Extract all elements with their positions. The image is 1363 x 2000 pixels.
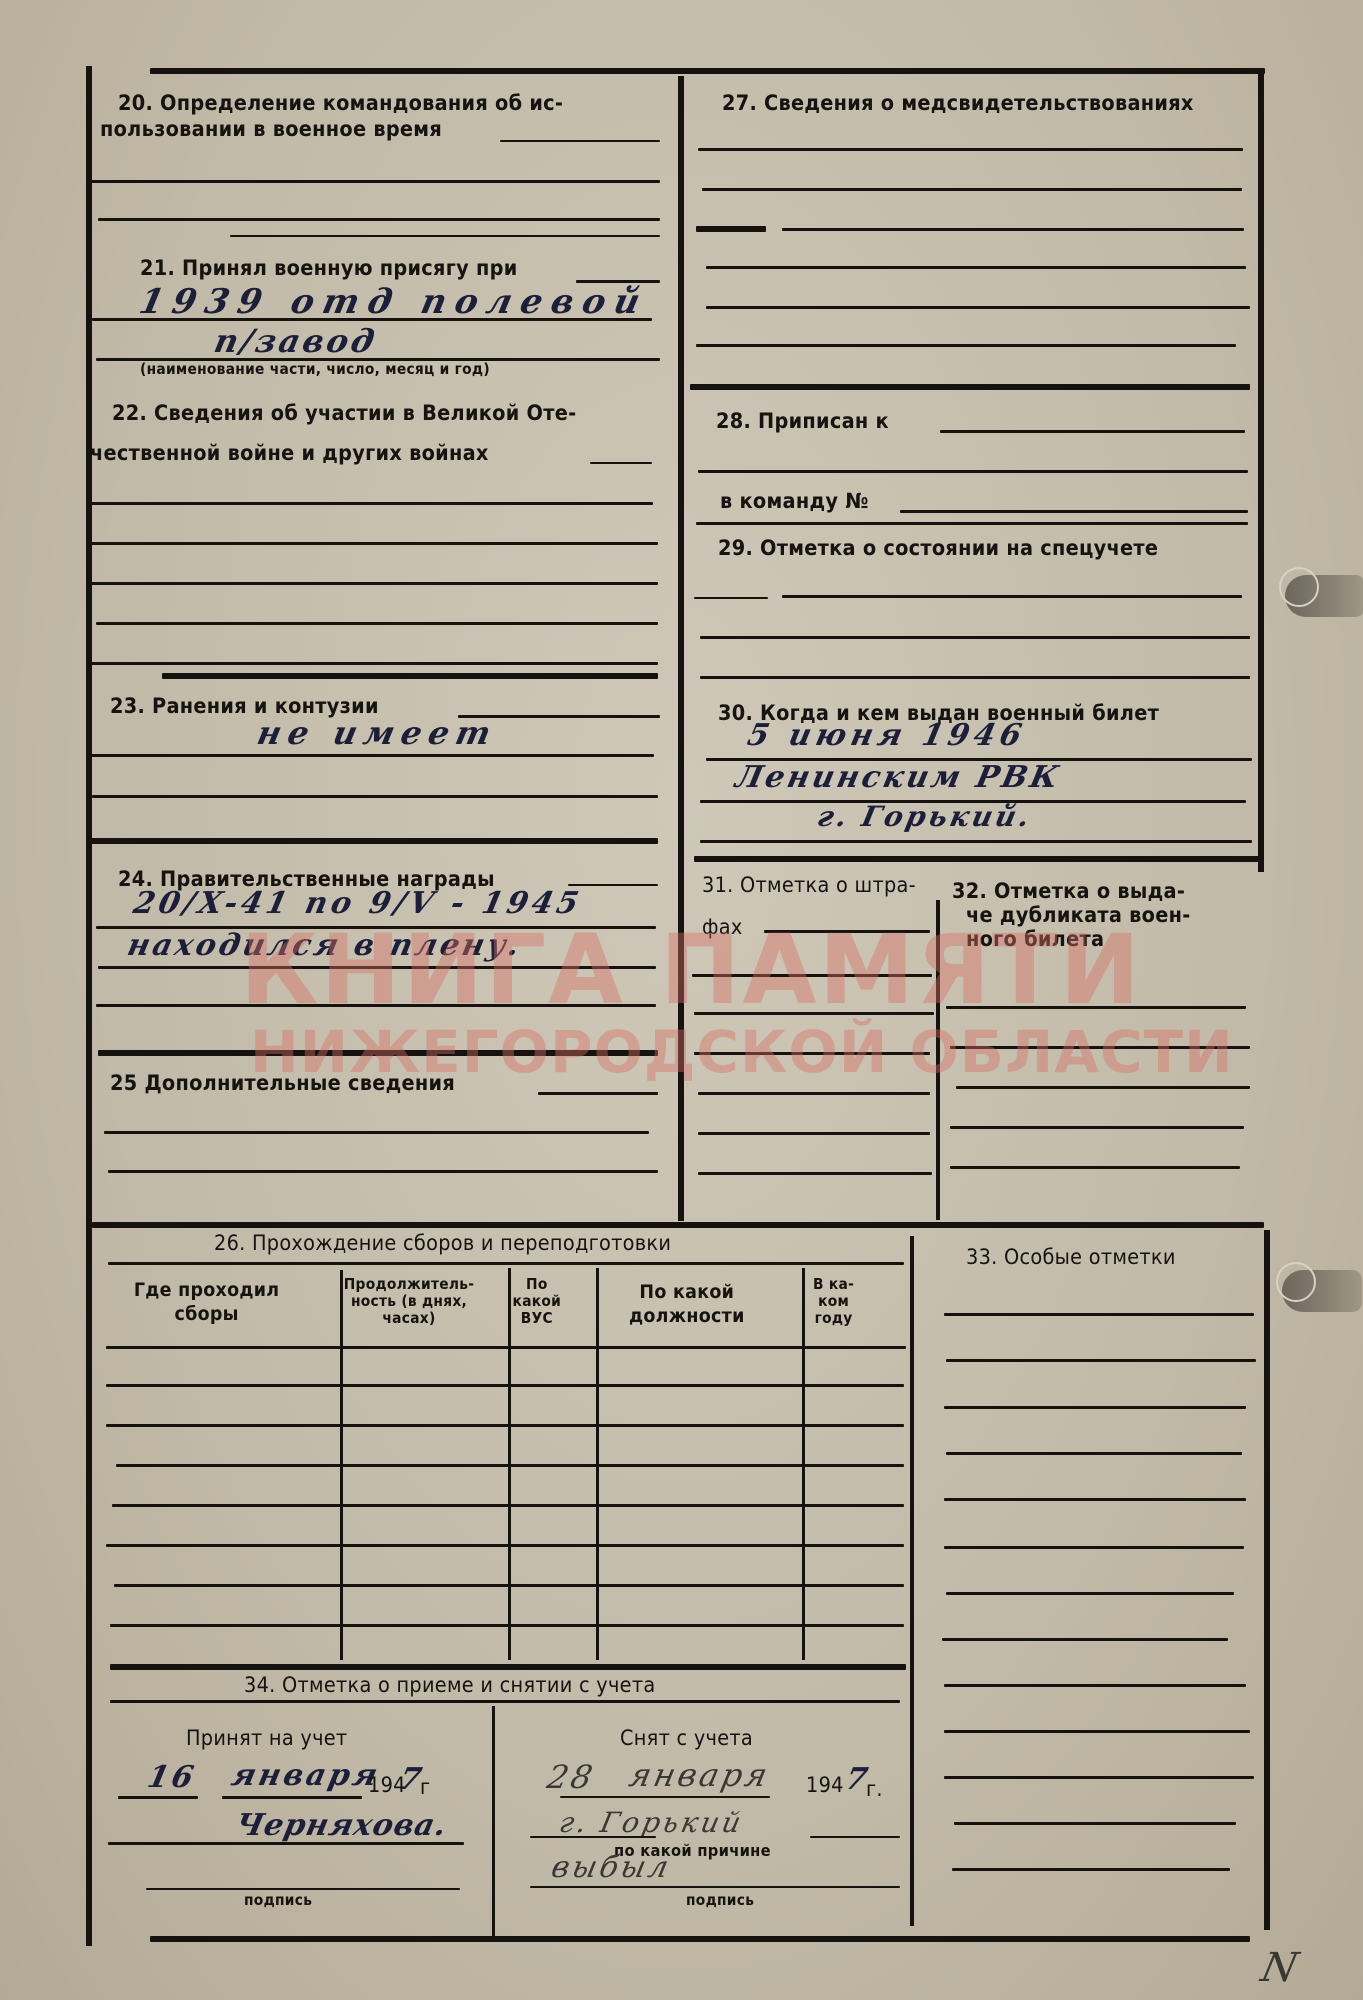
section-21-handwritten-value-line2: п/завод (211, 322, 381, 360)
section-31-input-line[interactable] (694, 1012, 934, 1015)
section-29-input-line[interactable] (700, 676, 1250, 679)
section-26-title: 26. Прохождение сборов и переподготовки (214, 1230, 671, 1256)
accepted-signature-line[interactable] (108, 1842, 464, 1845)
section-32-label-line1: 32. Отметка о выда- (952, 878, 1185, 904)
section-20-input-line[interactable] (500, 140, 660, 142)
section-29-input-line[interactable] (700, 636, 1250, 639)
section-28-label: 28. Приписан к (716, 408, 889, 434)
section-33-input-line[interactable] (944, 1684, 1246, 1687)
section-28-input-line[interactable] (698, 470, 1248, 473)
section-30-input-line[interactable] (700, 840, 1252, 843)
removed-reason: выбыл (548, 1850, 674, 1885)
section-34-title: 34. Отметка о приеме и снятии с учета (244, 1672, 655, 1698)
section-23-input-line[interactable] (92, 795, 658, 798)
frame-right-border-top (1258, 72, 1264, 872)
section-32-input-line[interactable] (946, 1006, 1246, 1009)
table-col-header-vus: По какой ВУС (512, 1276, 562, 1327)
section-26-33-divider (910, 1236, 914, 1926)
section-33-input-line[interactable] (944, 1406, 1246, 1409)
section-20-input-line[interactable] (98, 218, 660, 221)
section-31-input-line[interactable] (698, 1092, 930, 1095)
table-header-bottom-line (106, 1346, 906, 1349)
section-27-input-line[interactable] (782, 228, 1244, 231)
removed-year-prefix: 194 (806, 1772, 844, 1798)
section-34-divider (492, 1706, 495, 1936)
table-col-header-place: Где проходил сборы (110, 1278, 303, 1326)
section-29-input-line[interactable] (694, 597, 768, 599)
section-33-label: 33. Особые отметки (966, 1244, 1176, 1270)
section-30-handwritten-date: 5 июня 1946 (744, 718, 1029, 753)
section-22-input-line[interactable] (88, 582, 658, 585)
frame-bottom-border (150, 1936, 1250, 1942)
section-22-input-line[interactable] (590, 462, 652, 464)
section-27-input-line[interactable] (696, 226, 766, 232)
removed-year-unit: г. (866, 1776, 883, 1802)
table-header-top-line (108, 1262, 904, 1265)
section-divider (88, 838, 658, 844)
section-23-handwritten-value: не имеет (254, 714, 501, 752)
section-33-input-line[interactable] (944, 1776, 1254, 1779)
section-23-input-line[interactable] (86, 754, 654, 757)
section-33-input-line[interactable] (954, 1822, 1236, 1825)
section-31-label-line2: фах (702, 914, 743, 940)
section-22-input-line[interactable] (86, 542, 658, 545)
table-row-line[interactable] (116, 1464, 904, 1467)
accepted-sign-line[interactable] (146, 1888, 460, 1890)
section-divider (98, 1050, 658, 1056)
section-28-input-line[interactable] (940, 430, 1245, 433)
section-divider (694, 856, 1264, 862)
section-21-caption: (наименование части, число, месяц и год) (140, 361, 490, 378)
accepted-year-unit: г (420, 1774, 430, 1800)
frame-left-border (86, 66, 92, 1946)
accepted-month: января (228, 1758, 383, 1793)
section-30-handwritten-city: г. Горький. (814, 800, 1035, 833)
removed-place: г. Горький (556, 1806, 746, 1839)
section-22-input-line[interactable] (88, 502, 653, 505)
column-divider (678, 76, 684, 1221)
section-33-input-line[interactable] (942, 1638, 1228, 1641)
section-30-handwritten-issuer: Ленинским РВК (732, 760, 1064, 795)
section-21-input-line[interactable] (92, 318, 652, 321)
section-33-input-line[interactable] (946, 1359, 1256, 1362)
section-22-input-line[interactable] (88, 662, 658, 665)
accepted-label: Принят на учет (186, 1725, 347, 1751)
section-divider (230, 235, 660, 237)
section-27-input-line[interactable] (706, 266, 1246, 269)
removed-place-line[interactable] (530, 1836, 656, 1838)
section-25-input-line[interactable] (108, 1170, 658, 1173)
frame-right-border-bottom (1264, 1230, 1270, 1930)
section-29-label: 29. Отметка о состоянии на спецучете (718, 535, 1158, 561)
section-28-team-label: в команду № (720, 488, 869, 514)
section-divider (162, 673, 658, 679)
section-31-input-line[interactable] (694, 1052, 930, 1055)
section-27-input-line[interactable] (696, 344, 1236, 347)
section-32-label-line3: ного билета (966, 926, 1104, 952)
section-22-label-line1: 22. Сведения об участии в Великой Оте- (112, 400, 576, 426)
section-33-input-line[interactable] (944, 1313, 1254, 1316)
section-22-input-line[interactable] (96, 622, 658, 625)
section-27-input-line[interactable] (698, 148, 1243, 151)
section-24-handwritten-value-line2: находился в плену. (124, 928, 525, 963)
section-31-input-line[interactable] (698, 1172, 932, 1175)
section-31-input-line[interactable] (692, 974, 932, 977)
table-col-header-duration: Продолжитель-ность (в днях, часах) (340, 1276, 478, 1327)
section-33-input-line[interactable] (946, 1592, 1234, 1595)
table-col-header-position: По какой должности (604, 1280, 770, 1328)
section-24-input-line[interactable] (98, 966, 656, 969)
section-24-input-line[interactable] (96, 1004, 656, 1007)
accepted-day: 16 (144, 1760, 199, 1795)
section-34-title-underline (110, 1700, 900, 1703)
section-32-label-line2: че дубликата воен- (966, 902, 1191, 928)
section-divider (690, 384, 1250, 390)
removed-sign-line[interactable] (530, 1886, 900, 1888)
frame-top-border (150, 68, 1265, 74)
table-row-line[interactable] (106, 1424, 904, 1427)
table-col-header-year: В ка-ком году (806, 1276, 861, 1327)
table-bottom-border (110, 1664, 906, 1670)
bottom-block-top-border (92, 1222, 1264, 1228)
section-27-label: 27. Сведения о медсвидетельствованиях (722, 90, 1194, 116)
removed-signature-caption: подпись (686, 1892, 754, 1909)
section-25-label: 25 Дополнительные сведения (110, 1070, 455, 1096)
section-31-32-divider (936, 900, 940, 1220)
table-row-line[interactable] (110, 1624, 904, 1627)
accepted-signature: Черняхова. (232, 1808, 450, 1843)
removed-month: января (626, 1756, 774, 1794)
section-33-input-line[interactable] (952, 1868, 1230, 1871)
section-27-input-line[interactable] (702, 188, 1242, 191)
section-28-team-input-line[interactable] (900, 510, 1248, 513)
section-32-input-line[interactable] (950, 1126, 1244, 1129)
section-divider (696, 522, 1248, 525)
table-row-line[interactable] (106, 1384, 904, 1387)
section-31-label-line1: 31. Отметка о штра- (702, 872, 916, 898)
section-20-label-line2: пользовании в военное время (100, 116, 442, 142)
removed-day: 28 (544, 1758, 599, 1796)
section-20-input-line[interactable] (90, 180, 660, 183)
accepted-signature-caption: подпись (244, 1892, 312, 1909)
section-25-input-line[interactable] (538, 1092, 658, 1095)
section-21-label: 21. Принял военную присягу при (140, 255, 518, 281)
removed-date-line[interactable] (560, 1796, 770, 1798)
corner-pencil-mark: N (1257, 1945, 1305, 1991)
section-32-input-line[interactable] (950, 1166, 1240, 1169)
table-row-line[interactable] (114, 1584, 904, 1587)
section-32-input-line[interactable] (950, 1046, 1250, 1049)
removed-label: Снят с учета (620, 1725, 753, 1751)
section-20-label-line1: 20. Определение командования об ис- (118, 90, 563, 116)
table-row-line[interactable] (112, 1504, 904, 1507)
accepted-day-line[interactable] (118, 1796, 198, 1799)
binding-thread-lower (1282, 1270, 1362, 1312)
removed-place-line[interactable] (810, 1836, 900, 1838)
section-24-handwritten-value-line1: 20/X-41 по 9/V - 1945 (130, 886, 585, 921)
section-21-handwritten-value-line1: 1939 отд полевой (136, 282, 653, 322)
section-27-input-line[interactable] (706, 306, 1250, 309)
section-32-input-line[interactable] (956, 1086, 1250, 1089)
section-31-input-line[interactable] (764, 930, 930, 933)
section-33-input-line[interactable] (944, 1498, 1246, 1501)
section-33-input-line[interactable] (946, 1452, 1242, 1455)
section-22-label-line2: чественной войне и других войнах (90, 440, 489, 466)
section-33-input-line[interactable] (944, 1546, 1244, 1549)
section-25-input-line[interactable] (104, 1131, 649, 1134)
section-31-input-line[interactable] (698, 1132, 930, 1135)
accepted-month-line[interactable] (222, 1796, 362, 1799)
section-29-input-line[interactable] (782, 595, 1242, 598)
section-33-input-line[interactable] (944, 1730, 1250, 1733)
binding-thread-upper (1285, 575, 1363, 617)
table-row-line[interactable] (106, 1544, 904, 1547)
